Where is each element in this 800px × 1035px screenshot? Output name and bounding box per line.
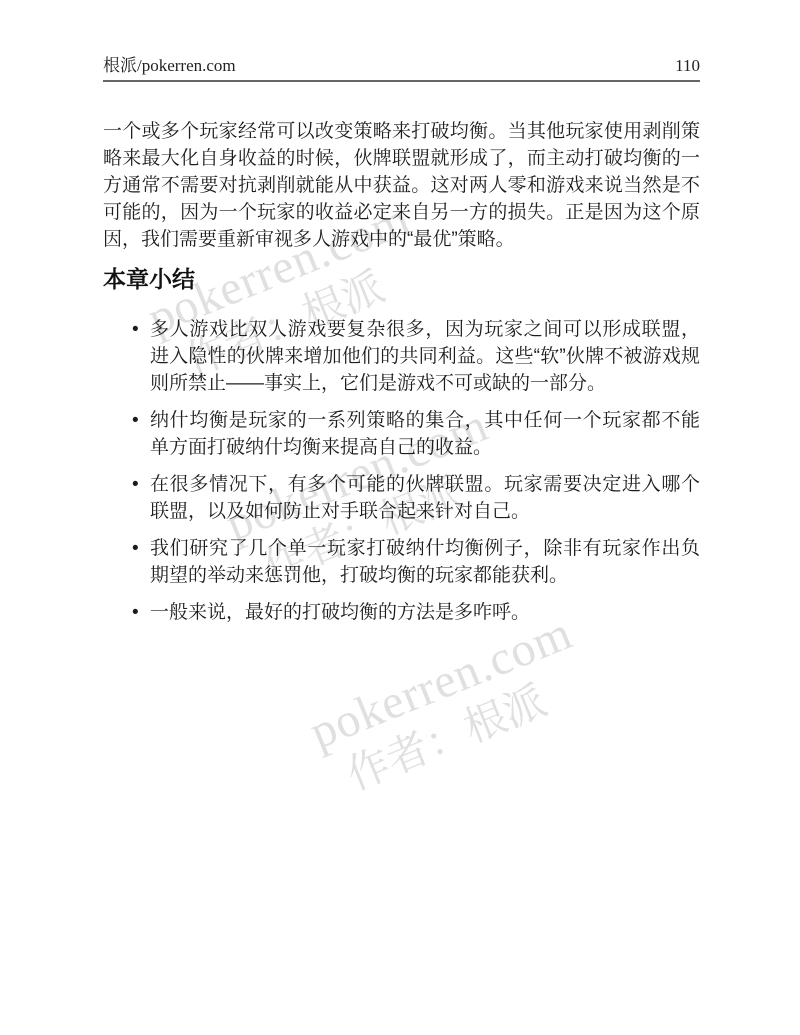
watermark: pokerren.com 作者：根派 (303, 596, 630, 810)
page-number: 110 (675, 55, 700, 77)
list-item: 我们研究了几个单一玩家打破纳什均衡例子，除非有玩家作出负期望的举动来惩罚他，打破… (103, 535, 700, 589)
watermark-author-text: 作者：根派 (322, 642, 630, 810)
list-item: 多人游戏比双人游戏要复杂很多，因为玩家之间可以形成联盟，进入隐性的伙牌来增加他们… (103, 316, 700, 397)
summary-list: 多人游戏比双人游戏要复杂很多，因为玩家之间可以形成联盟，进入隐性的伙牌来增加他们… (103, 316, 700, 626)
list-item: 一般来说，最好的打破均衡的方法是多咋呼。 (103, 599, 700, 626)
section-heading: 本章小结 (103, 266, 700, 292)
page-content: 根派/pokerren.com 110 一个或多个玩家经常可以改变策略来打破均衡… (0, 55, 800, 626)
intro-paragraph: 一个或多个玩家经常可以改变策略来打破均衡。当其他玩家使用剥削策略来最大化自身收益… (103, 118, 700, 253)
list-item: 在很多情况下，有多个可能的伙牌联盟。玩家需要决定进入哪个联盟，以及如何防止对手联… (103, 471, 700, 525)
list-item: 纳什均衡是玩家的一系列策略的集合，其中任何一个玩家都不能单方面打破纳什均衡来提高… (103, 407, 700, 461)
page-header: 根派/pokerren.com 110 (103, 55, 700, 82)
header-site-label: 根派/pokerren.com (103, 55, 236, 77)
document-page: pokerren.com 作者：根派 pokerren.com 作者：根派 po… (0, 0, 800, 1035)
